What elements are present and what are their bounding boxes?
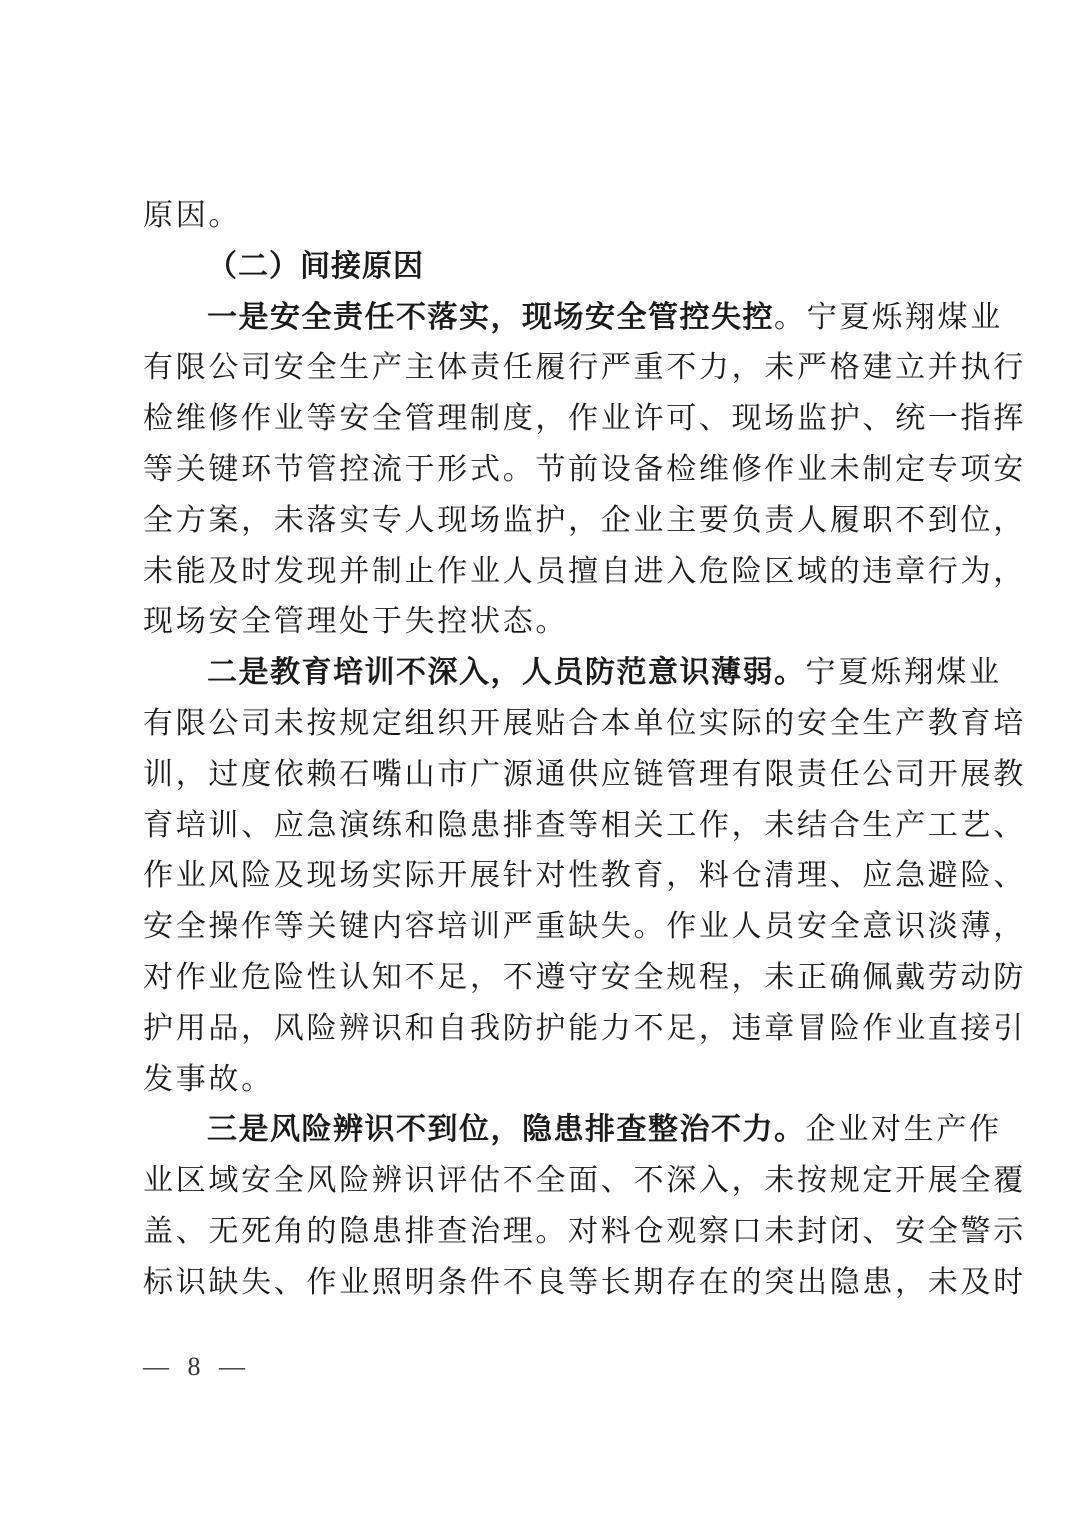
paragraph-line: 全方案，未落实专人现场监护，企业主要负责人履职不到位， xyxy=(143,496,931,547)
paragraph-line: 有限公司安全生产主体责任履行严重不力，未严格建立并执行 xyxy=(143,343,931,394)
body-text: 育培训、应急演练和隐患排查等相关工作，未结合生产工艺、 xyxy=(143,808,1026,843)
body-text: 等关键环节管控流于形式。节前设备检维修作业未制定专项安 xyxy=(143,452,1026,487)
body-text: 标识缺失、作业照明条件不良等长期存在的突出隐患，未及时 xyxy=(143,1265,1026,1300)
body-text: 检维修作业等安全管理制度，作业许可、现场监护、统一指挥 xyxy=(143,401,1026,436)
body-text: 安全操作等关键内容培训严重缺失。作业人员安全意识淡薄， xyxy=(143,909,1026,944)
paragraph-1: 一是安全责任不落实，现场安全管控失控。宁夏烁翔煤业 有限公司安全生产主体责任履行… xyxy=(143,293,931,649)
body-text: 有限公司未按规定组织开展贴合本单位实际的安全生产教育培 xyxy=(143,706,1026,741)
body-text: 全方案，未落实专人现场监护，企业主要负责人履职不到位， xyxy=(143,503,1026,538)
paragraph-line: 作业风险及现场实际开展针对性教育，料仓清理、应急避险、 xyxy=(143,851,931,902)
paragraph-line: 等关键环节管控流于形式。节前设备检维修作业未制定专项安 xyxy=(143,445,931,496)
body-text: 。宁夏烁翔煤业 xyxy=(774,300,1003,335)
body-text: 现场安全管理处于失控状态。 xyxy=(143,604,568,639)
paragraph-line: 对作业危险性认知不足，不遵守安全规程，未正确佩戴劳动防 xyxy=(143,953,931,1004)
body-text: 训，过度依赖石嘴山市广源通供应链管理有限责任公司开展教 xyxy=(143,757,1026,792)
paragraph-line: 业区域安全风险辨识评估不全面、不深入，未按规定开展全覆 xyxy=(143,1156,931,1207)
paragraph-line: 检维修作业等安全管理制度，作业许可、现场监护、统一指挥 xyxy=(143,394,931,445)
paragraph-lead: 一是安全责任不落实，现场安全管控失控 xyxy=(207,300,774,335)
body-text: 宁夏烁翔煤业 xyxy=(806,655,1002,690)
document-page: 原因。 （二）间接原因 一是安全责任不落实，现场安全管控失控。宁夏烁翔煤业 有限… xyxy=(143,191,931,1309)
paragraph-line: 发事故。 xyxy=(143,1055,931,1106)
body-text: 作业风险及现场实际开展针对性教育，料仓清理、应急避险、 xyxy=(143,858,1026,893)
body-text: 业区域安全风险辨识评估不全面、不深入，未按规定开展全覆 xyxy=(143,1163,1026,1198)
paragraph-line: 育培训、应急演练和隐患排查等相关工作，未结合生产工艺、 xyxy=(143,801,931,852)
paragraph-lead: 二是教育培训不深入，人员防范意识薄弱。 xyxy=(207,655,806,690)
paragraph-line: 训，过度依赖石嘴山市广源通供应链管理有限责任公司开展教 xyxy=(143,750,931,801)
body-text: 发事故。 xyxy=(143,1062,274,1097)
paragraph-2: 二是教育培训不深入，人员防范意识薄弱。宁夏烁翔煤业 有限公司未按规定组织开展贴合… xyxy=(143,648,931,1105)
paragraph-line: 三是风险辨识不到位，隐患排查整治不力。企业对生产作 xyxy=(143,1105,931,1156)
body-text: 对作业危险性认知不足，不遵守安全规程，未正确佩戴劳动防 xyxy=(143,960,1026,995)
paragraph-line: 一是安全责任不落实，现场安全管控失控。宁夏烁翔煤业 xyxy=(143,293,931,344)
paragraph-3: 三是风险辨识不到位，隐患排查整治不力。企业对生产作 业区域安全风险辨识评估不全面… xyxy=(143,1105,931,1308)
paragraph-lead: 三是风险辨识不到位，隐患排查整治不力。 xyxy=(207,1112,806,1147)
body-text: 原因。 xyxy=(143,198,241,233)
continuation-line: 原因。 xyxy=(143,191,931,242)
body-text: 企业对生产作 xyxy=(806,1112,1002,1147)
section-heading: （二）间接原因 xyxy=(143,242,931,293)
paragraph-line: 二是教育培训不深入，人员防范意识薄弱。宁夏烁翔煤业 xyxy=(143,648,931,699)
body-text: 有限公司安全生产主体责任履行严重不力，未严格建立并执行 xyxy=(143,350,1026,385)
paragraph-line: 未能及时发现并制止作业人员擅自进入危险区域的违章行为， xyxy=(143,547,931,598)
body-text: 盖、无死角的隐患排查治理。对料仓观察口未封闭、安全警示 xyxy=(143,1214,1026,1249)
paragraph-line: 标识缺失、作业照明条件不良等长期存在的突出隐患，未及时 xyxy=(143,1258,931,1309)
paragraph-line: 盖、无死角的隐患排查治理。对料仓观察口未封闭、安全警示 xyxy=(143,1207,931,1258)
paragraph-line: 现场安全管理处于失控状态。 xyxy=(143,597,931,648)
body-text: 护用品，风险辨识和自我防护能力不足，违章冒险作业直接引 xyxy=(143,1011,1026,1046)
paragraph-line: 安全操作等关键内容培训严重缺失。作业人员安全意识淡薄， xyxy=(143,902,931,953)
paragraph-line: 有限公司未按规定组织开展贴合本单位实际的安全生产教育培 xyxy=(143,699,931,750)
page-number: — 8 — xyxy=(143,1352,251,1382)
paragraph-line: 护用品，风险辨识和自我防护能力不足，违章冒险作业直接引 xyxy=(143,1004,931,1055)
heading-text: （二）间接原因 xyxy=(207,249,424,284)
body-text: 未能及时发现并制止作业人员擅自进入危险区域的违章行为， xyxy=(143,554,1026,589)
